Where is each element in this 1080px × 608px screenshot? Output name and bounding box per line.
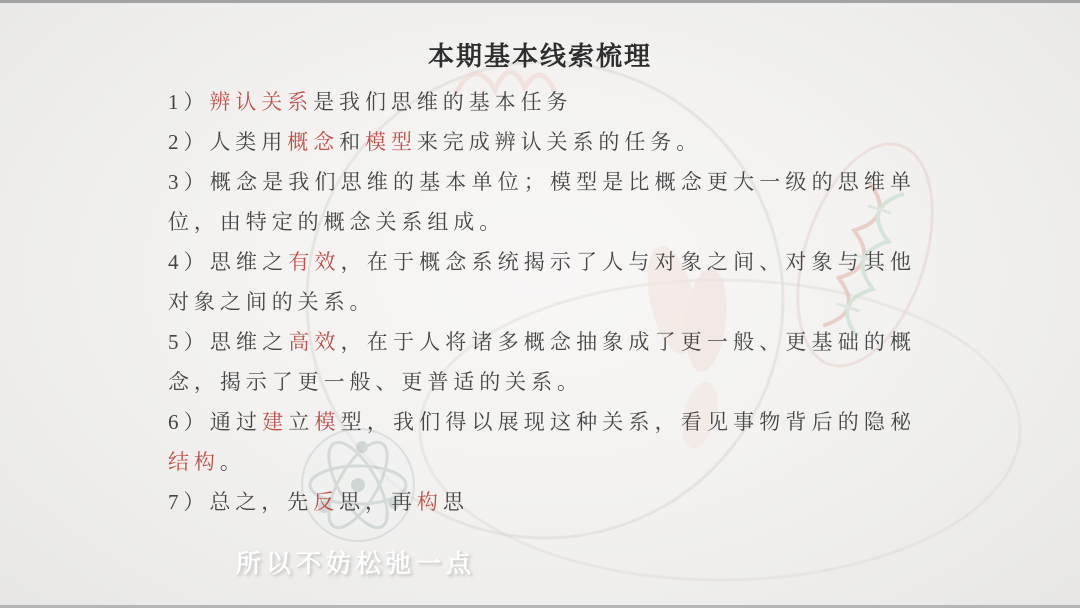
list-item: 3）概念是我们思维的基本单位；模型是比概念更大一级的思维单位，由特定的概念关系组… bbox=[168, 162, 916, 242]
list-item-text: 思，再 bbox=[339, 490, 417, 514]
list-item: 7）总之，先反思，再构思 bbox=[168, 482, 916, 522]
highlighted-term: 建 bbox=[262, 410, 288, 434]
list-item-text: 5）思维之 bbox=[168, 330, 288, 354]
highlighted-term: 构 bbox=[417, 490, 443, 514]
top-letterbox-edge bbox=[0, 0, 1080, 3]
outline-list: 1）辨认关系是我们思维的基本任务2）人类用概念和模型来完成辨认关系的任务。3）概… bbox=[168, 82, 916, 522]
highlighted-term: 概念 bbox=[287, 130, 339, 154]
slide-title: 本期基本线索梳理 bbox=[0, 36, 1080, 73]
list-item-text: 和 bbox=[339, 130, 365, 154]
list-item-text: 来完成辨认关系的任务。 bbox=[417, 130, 702, 154]
highlighted-term: 模型 bbox=[365, 130, 417, 154]
list-item-text: 立 bbox=[288, 410, 314, 434]
list-item: 4）思维之有效，在于概念系统揭示了人与对象之间、对象与其他对象之间的关系。 bbox=[168, 242, 916, 322]
list-item-text: 2）人类用 bbox=[168, 130, 287, 154]
highlighted-term: 有效 bbox=[288, 250, 340, 274]
list-item: 6）通过建立模型，我们得以展现这种关系，看见事物背后的隐秘结构。 bbox=[168, 402, 916, 482]
list-item-text: 型，我们得以展现这种关系，看见事物背后的隐秘 bbox=[341, 410, 916, 434]
list-item: 5）思维之高效，在于人将诸多概念抽象成了更一般、更基础的概念，揭示了更一般、更普… bbox=[168, 322, 916, 402]
list-item: 1）辨认关系是我们思维的基本任务 bbox=[168, 82, 916, 122]
list-item: 2）人类用概念和模型来完成辨认关系的任务。 bbox=[168, 122, 916, 162]
video-subtitle: 所以不妨松弛一点 bbox=[236, 544, 476, 580]
list-item-text: 4）思维之 bbox=[168, 250, 288, 274]
list-item-text: 思 bbox=[443, 490, 469, 514]
list-item-text: 1） bbox=[168, 90, 209, 114]
highlighted-term: 高效 bbox=[288, 330, 340, 354]
highlighted-term: 结构 bbox=[168, 450, 220, 474]
list-item-text: 。 bbox=[220, 450, 246, 474]
highlighted-term: 模 bbox=[315, 410, 341, 434]
list-item-text: 7）总之，先 bbox=[168, 490, 313, 514]
highlighted-term: 辨认关系 bbox=[209, 90, 313, 114]
list-item-text: 6）通过 bbox=[168, 410, 262, 434]
slide-background: 本期基本线索梳理 1）辨认关系是我们思维的基本任务2）人类用概念和模型来完成辨认… bbox=[0, 0, 1080, 608]
list-item-text: 3）概念是我们思维的基本单位；模型是比概念更大一级的思维单位，由特定的概念关系组… bbox=[168, 170, 916, 234]
list-item-text: 是我们思维的基本任务 bbox=[313, 90, 572, 114]
highlighted-term: 反 bbox=[313, 490, 339, 514]
